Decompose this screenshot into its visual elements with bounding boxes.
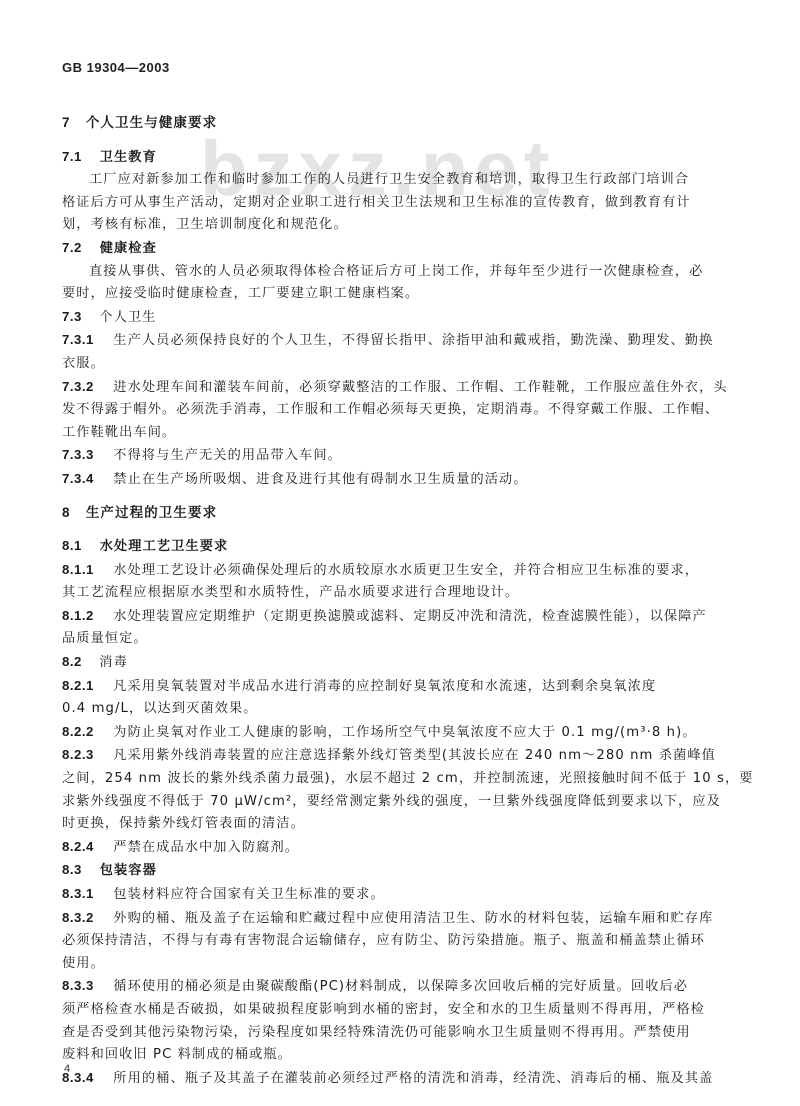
- clause-text: 水处理工艺设计必须确保处理后的水质较原水水质更卫生安全，并符合相应卫生标准的要求…: [113, 563, 699, 578]
- clause-number: 7.3.2: [62, 376, 108, 399]
- clause-text: 循环使用的桶必须是由聚碳酸酯(PC)材料制成，以保障多次回收后桶的完好质量。回收…: [113, 979, 688, 994]
- section-7-heading: 7 个人卫生与健康要求: [62, 112, 734, 135]
- clause-text: 禁止在生产场所吸烟、进食及进行其他有碍制水卫生质量的活动。: [113, 472, 527, 487]
- clause-number: 7.3.3: [62, 444, 108, 467]
- clause-text: 外购的桶、瓶及盖子在运输和贮藏过程中应使用清洁卫生、防水的材料包装，运输车厢和贮…: [113, 911, 713, 926]
- clause-text: 不得将与生产无关的用品带入车间。: [113, 448, 342, 463]
- paragraph-line: 工厂应对新参加工作和临时参加工作的人员进行卫生安全教育和培训，取得卫生行政部门培…: [62, 169, 734, 192]
- section-title: 生产过程的卫生要求: [86, 505, 217, 521]
- clause-8-2-4: 8.2.4 严禁在成品水中加入防腐剂。: [62, 836, 734, 860]
- paragraph-line: 必须保持清洁，不得与有毒有害物混合运输储存，应有防尘、防污染措施。瓶子、瓶盖和桶…: [62, 930, 734, 953]
- paragraph-line: 工作鞋靴出车间。: [62, 422, 734, 445]
- section-number: 8: [62, 502, 80, 525]
- section-number: 8.2: [62, 651, 94, 674]
- clause-number: 8.2.2: [62, 721, 108, 744]
- paragraph-line: 0.4 mg/L，以达到灭菌效果。: [62, 698, 734, 721]
- clause-number: 8.3.3: [62, 975, 108, 998]
- paragraph-line: 之间，254 nm 波长的紫外线杀菌力最强)，水层不超过 2 cm，并控制流速，…: [62, 768, 734, 791]
- section-7-2-heading: 7.2 健康检查: [62, 237, 734, 261]
- paragraph-line: 衣服。: [62, 353, 734, 376]
- clause-7-3-2: 7.3.2 进水处理车间和灌装车间前，必须穿戴整洁的工作服、工作帽、工作鞋靴，工…: [62, 376, 734, 400]
- clause-number: 7.3.4: [62, 468, 108, 491]
- section-title: 卫生教育: [100, 150, 157, 165]
- clause-text: 严禁在成品水中加入防腐剂。: [113, 840, 299, 855]
- clause-text: 进水处理车间和灌装车间前，必须穿戴整洁的工作服、工作帽、工作鞋靴，工作服应盖住外…: [113, 380, 727, 395]
- document-page: bzxz.net GB 19304—2003 7 个人卫生与健康要求 7.1 卫…: [0, 0, 800, 1106]
- paragraph-line: 其工艺流程应根据原水类型和水质特性，产品水质要求进行合理地设计。: [62, 582, 734, 605]
- clause-number: 8.1.1: [62, 559, 108, 582]
- standard-number: GB 19304—2003: [62, 60, 170, 75]
- clause-number: 8.2.4: [62, 836, 108, 859]
- section-title: 包装容器: [100, 863, 157, 878]
- section-number: 7: [62, 112, 80, 135]
- clause-8-1-1: 8.1.1 水处理工艺设计必须确保处理后的水质较原水水质更卫生安全，并符合相应卫…: [62, 559, 734, 583]
- clause-8-1-2: 8.1.2 水处理装置应定期维护（定期更换滤膜或滤料、定期反冲洗和清洗，检查滤膜…: [62, 605, 734, 629]
- clause-8-3-2: 8.3.2 外购的桶、瓶及盖子在运输和贮藏过程中应使用清洁卫生、防水的材料包装，…: [62, 907, 734, 931]
- paragraph-line: 格证后方可从事生产活动，定期对企业职工进行相关卫生法规和卫生标准的宣传教育，做到…: [62, 192, 734, 215]
- clause-number: 8.2.1: [62, 675, 108, 698]
- clause-text: 凡采用臭氧装置对半成品水进行消毒的应控制好臭氧浓度和水流速，达到剩余臭氧浓度: [113, 679, 656, 694]
- section-number: 7.2: [62, 237, 94, 260]
- section-title: 消毒: [99, 655, 128, 670]
- clause-text: 为防止臭氧对作业工人健康的影响，工作场所空气中臭氧浓度不应大于 0.1 mg/(…: [113, 725, 696, 740]
- clause-number: 8.3.2: [62, 907, 108, 930]
- clause-number: 8.3.4: [62, 1067, 108, 1090]
- clause-text: 所用的桶、瓶子及其盖子在灌装前必须经过严格的清洗和消毒，经清洗、消毒后的桶、瓶及…: [113, 1071, 713, 1086]
- clause-8-3-4: 8.3.4 所用的桶、瓶子及其盖子在灌装前必须经过严格的清洗和消毒，经清洗、消毒…: [62, 1067, 734, 1091]
- section-7-3-heading: 7.3 个人卫生: [62, 306, 734, 330]
- clause-text: 水处理装置应定期维护（定期更换滤膜或滤料、定期反冲洗和清洗，检查滤膜性能），以保…: [113, 609, 706, 624]
- paragraph-line: 废料和回收旧 PC 料制成的桶或瓶。: [62, 1044, 734, 1067]
- section-number: 8.3: [62, 859, 94, 882]
- section-8-heading: 8 生产过程的卫生要求: [62, 502, 734, 525]
- clause-number: 7.3.1: [62, 329, 108, 352]
- paragraph-line: 须严格检查水桶是否破损，如果破损程度影响到水桶的密封，安全和水的卫生质量则不得再…: [62, 999, 734, 1022]
- clause-7-3-4: 7.3.4 禁止在生产场所吸烟、进食及进行其他有碍制水卫生质量的活动。: [62, 468, 734, 492]
- section-number: 8.1: [62, 535, 94, 558]
- paragraph-line: 品质量恒定。: [62, 628, 734, 651]
- clause-8-2-2: 8.2.2 为防止臭氧对作业工人健康的影响，工作场所空气中臭氧浓度不应大于 0.…: [62, 721, 734, 745]
- clause-number: 8.2.3: [62, 744, 108, 767]
- paragraph-line: 要时，应接受临时健康检查，工厂要建立职工健康档案。: [62, 283, 734, 306]
- paragraph-line: 求紫外线强度不得低于 70 μW/cm²，要经常测定紫外线的强度，一旦紫外线强度…: [62, 791, 734, 814]
- clause-8-2-3: 8.2.3 凡采用紫外线消毒装置的应注意选择紫外线灯管类型(其波长应在 240 …: [62, 744, 734, 768]
- clause-number: 8.3.1: [62, 883, 108, 906]
- section-title: 个人卫生与健康要求: [86, 115, 217, 131]
- section-title: 健康检查: [100, 241, 157, 256]
- paragraph-line: 划，考核有标准，卫生培训制度化和规范化。: [62, 214, 734, 237]
- document-body: 7 个人卫生与健康要求 7.1 卫生教育 工厂应对新参加工作和临时参加工作的人员…: [62, 112, 734, 1090]
- paragraph-line: 查是否受到其他污染物污染，污染程度如果经特殊清洗仍可能影响水卫生质量则不得再用。…: [62, 1022, 734, 1045]
- paragraph-line: 时更换，保持紫外线灯管表面的清洁。: [62, 813, 734, 836]
- clause-text: 包装材料应符合国家有关卫生标准的要求。: [113, 887, 384, 902]
- section-7-1-heading: 7.1 卫生教育: [62, 146, 734, 170]
- paragraph-line: 发不得露于帽外。必须洗手消毒，工作服和工作帽必须每天更换，定期消毒。不得穿戴工作…: [62, 399, 734, 422]
- clause-7-3-3: 7.3.3 不得将与生产无关的用品带入车间。: [62, 444, 734, 468]
- paragraph-line: 直接从事供、管水的人员必须取得体检合格证后方可上岗工作，并每年至少进行一次健康检…: [62, 261, 734, 284]
- section-8-2-heading: 8.2 消毒: [62, 651, 734, 675]
- section-8-1-heading: 8.1 水处理工艺卫生要求: [62, 535, 734, 559]
- section-number: 7.3: [62, 306, 94, 329]
- clause-8-2-1: 8.2.1 凡采用臭氧装置对半成品水进行消毒的应控制好臭氧浓度和水流速，达到剩余…: [62, 675, 734, 699]
- paragraph-line: 使用。: [62, 953, 734, 976]
- clause-text: 生产人员必须保持良好的个人卫生，不得留长指甲、涂指甲油和戴戒指，勤洗澡、勤理发、…: [113, 333, 713, 348]
- section-8-3-heading: 8.3 包装容器: [62, 859, 734, 883]
- section-title: 水处理工艺卫生要求: [100, 539, 229, 554]
- clause-7-3-1: 7.3.1 生产人员必须保持良好的个人卫生，不得留长指甲、涂指甲油和戴戒指，勤洗…: [62, 329, 734, 353]
- section-title: 个人卫生: [99, 310, 156, 325]
- clause-8-3-1: 8.3.1 包装材料应符合国家有关卫生标准的要求。: [62, 883, 734, 907]
- section-number: 7.1: [62, 146, 94, 169]
- clause-number: 8.1.2: [62, 605, 108, 628]
- clause-8-3-3: 8.3.3 循环使用的桶必须是由聚碳酸酯(PC)材料制成，以保障多次回收后桶的完…: [62, 975, 734, 999]
- clause-text: 凡采用紫外线消毒装置的应注意选择紫外线灯管类型(其波长应在 240 nm～280…: [113, 748, 716, 763]
